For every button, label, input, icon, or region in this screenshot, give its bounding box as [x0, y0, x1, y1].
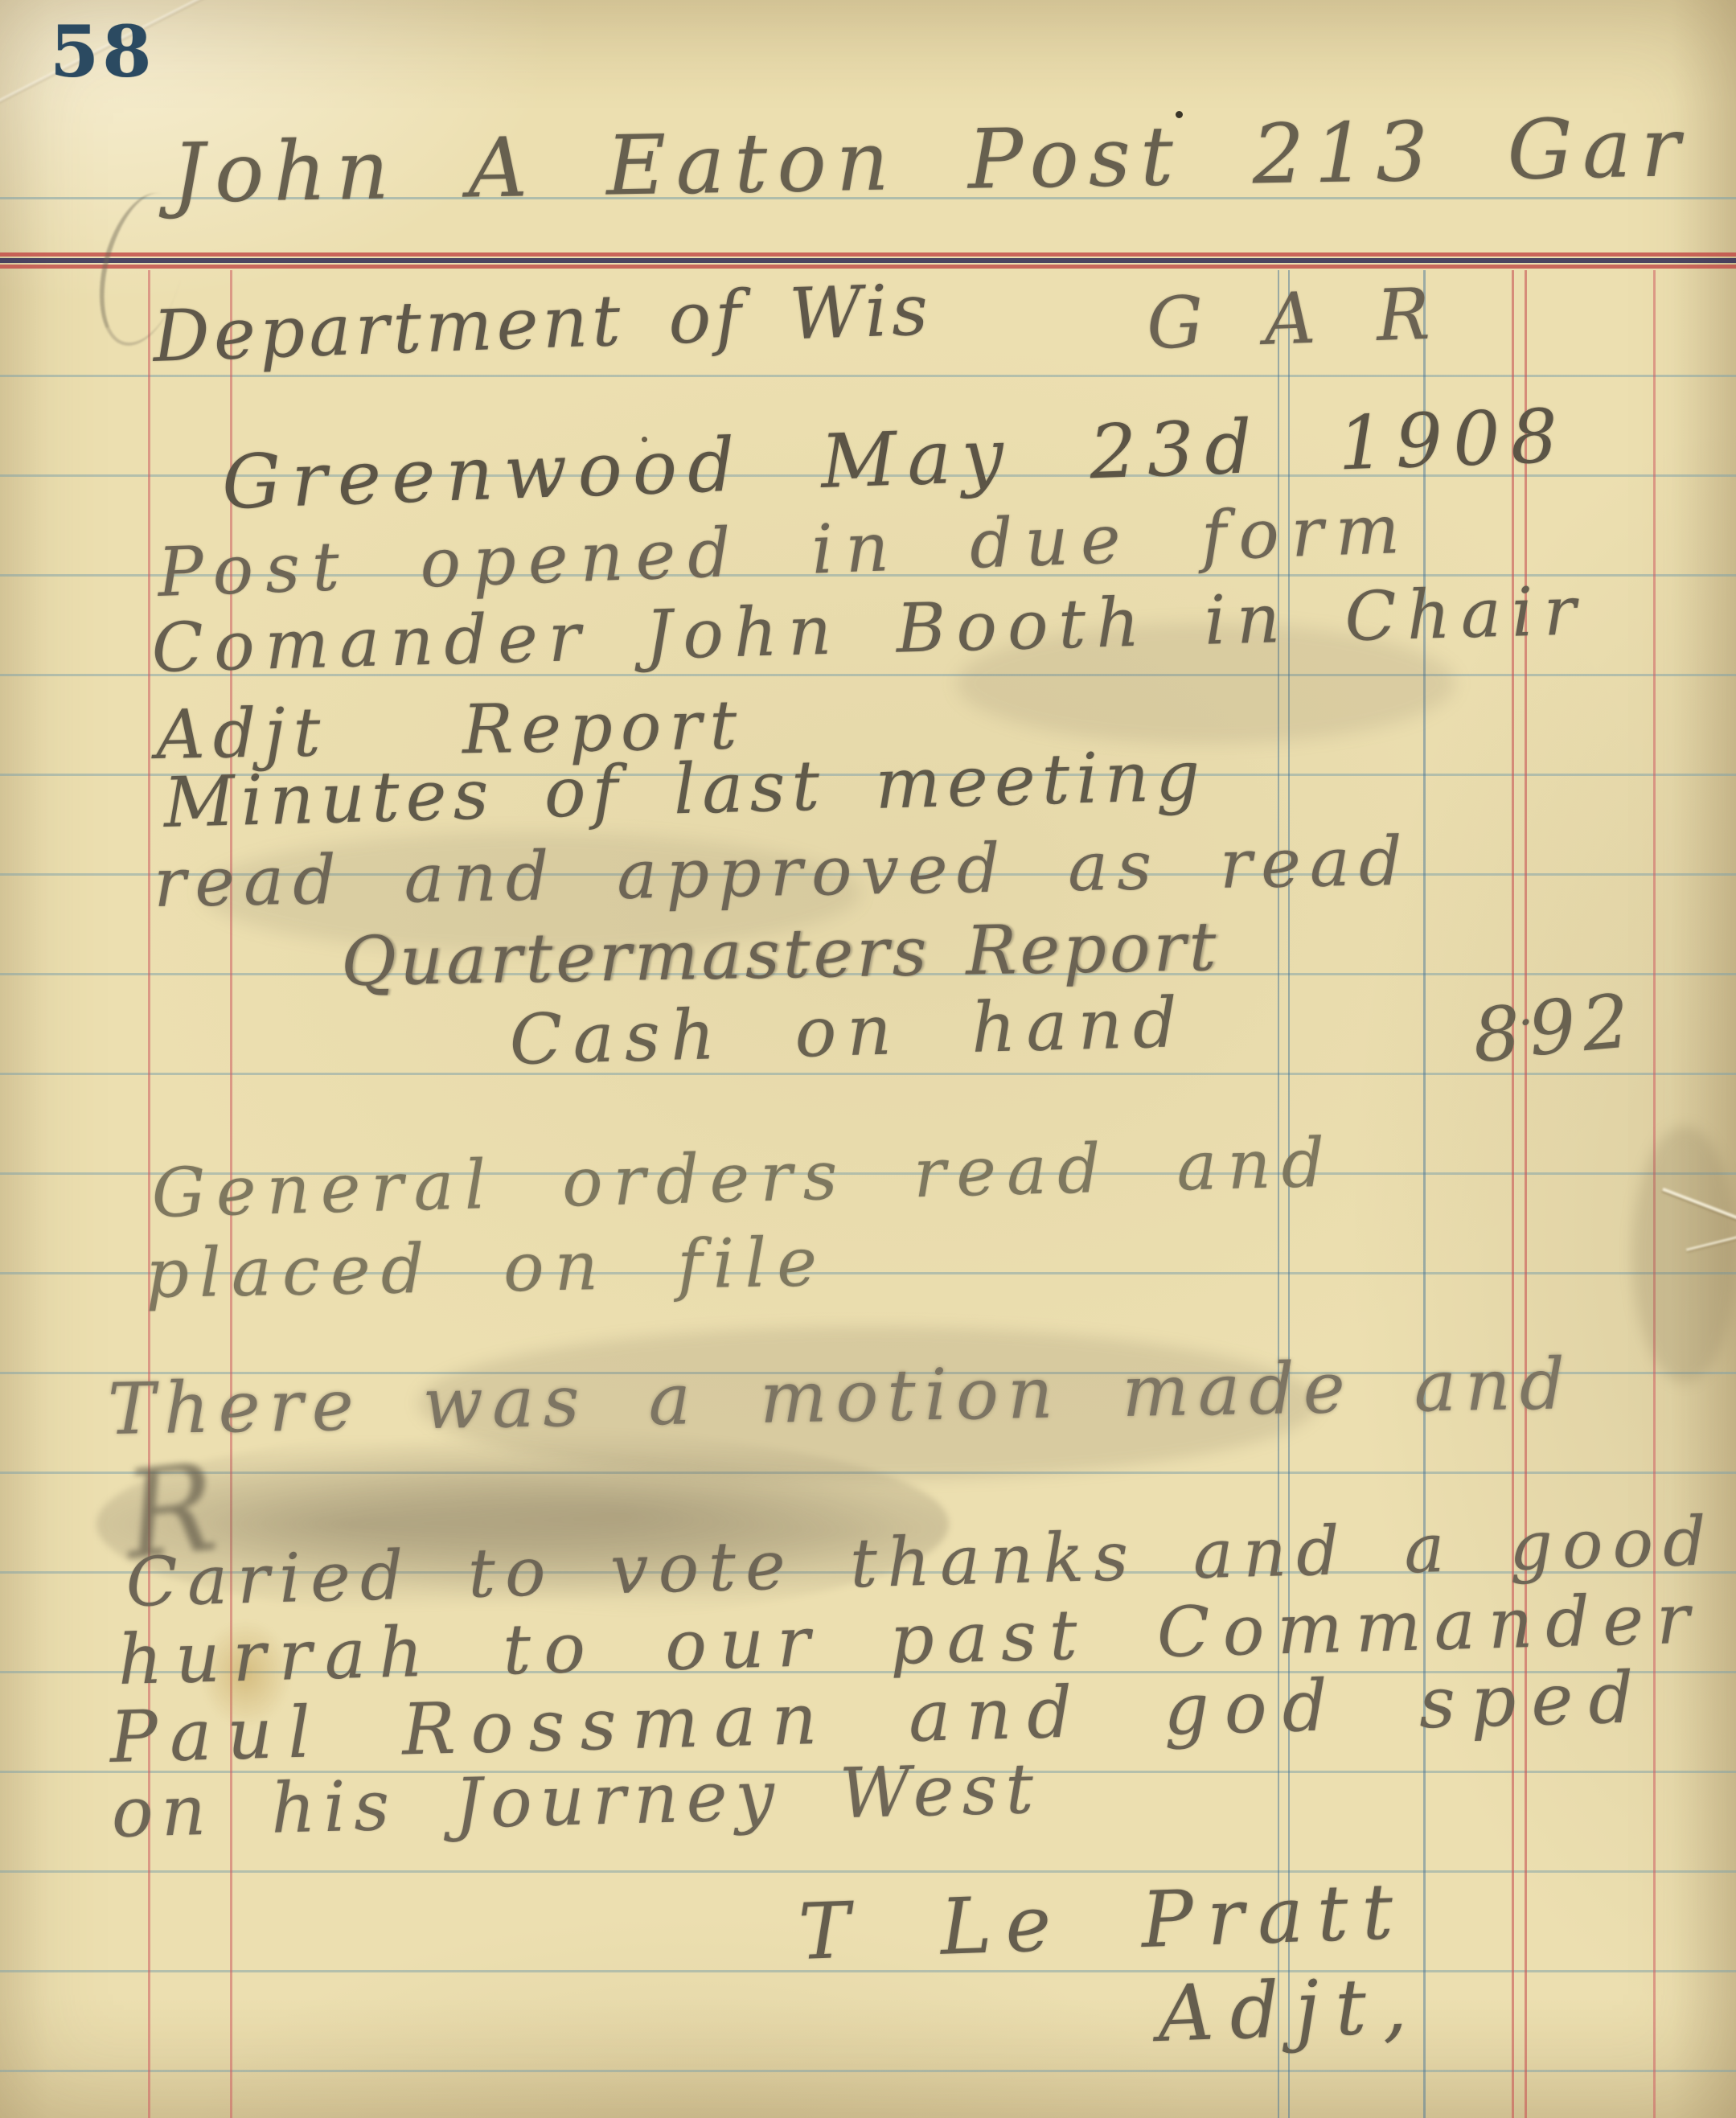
organization-abbreviation: G A R [1145, 273, 1430, 364]
minutes-line-motion: There was a motion made and [107, 1343, 1574, 1450]
right-column-rule-blue-single [1423, 270, 1426, 2118]
head-rule-navy [0, 258, 1736, 263]
post-header-title: John A Eaton Post 213 Gar [171, 101, 1691, 221]
signature-name: T Le Pratt [797, 1867, 1408, 1977]
cash-amount-dollars: 8 [1471, 991, 1524, 1079]
minutes-line-general-orders-2: placed on file [145, 1223, 827, 1312]
smudge-mark [1632, 1126, 1736, 1383]
signature-title: Adjt, [1156, 1961, 1424, 2059]
cash-on-hand-label: Cash on hand [508, 983, 1188, 1081]
minutes-line-general-orders-1: General orders read and [150, 1124, 1336, 1233]
page-number: 58 [50, 10, 154, 93]
cash-amount-cents: 92 [1525, 979, 1640, 1073]
ledger-page: R 58 John A Eaton Post 213 Gar Departmen… [0, 0, 1736, 2118]
head-rule-red-top [0, 252, 1736, 257]
department-line: Department of Wis [151, 269, 933, 377]
money-column-rule-red-pair [1512, 270, 1527, 2118]
edge-tear [1686, 1231, 1736, 1251]
money-column-rule-red-single [1653, 270, 1656, 2118]
head-rule-red-bottom [0, 265, 1736, 269]
edge-tear [1662, 1188, 1736, 1225]
